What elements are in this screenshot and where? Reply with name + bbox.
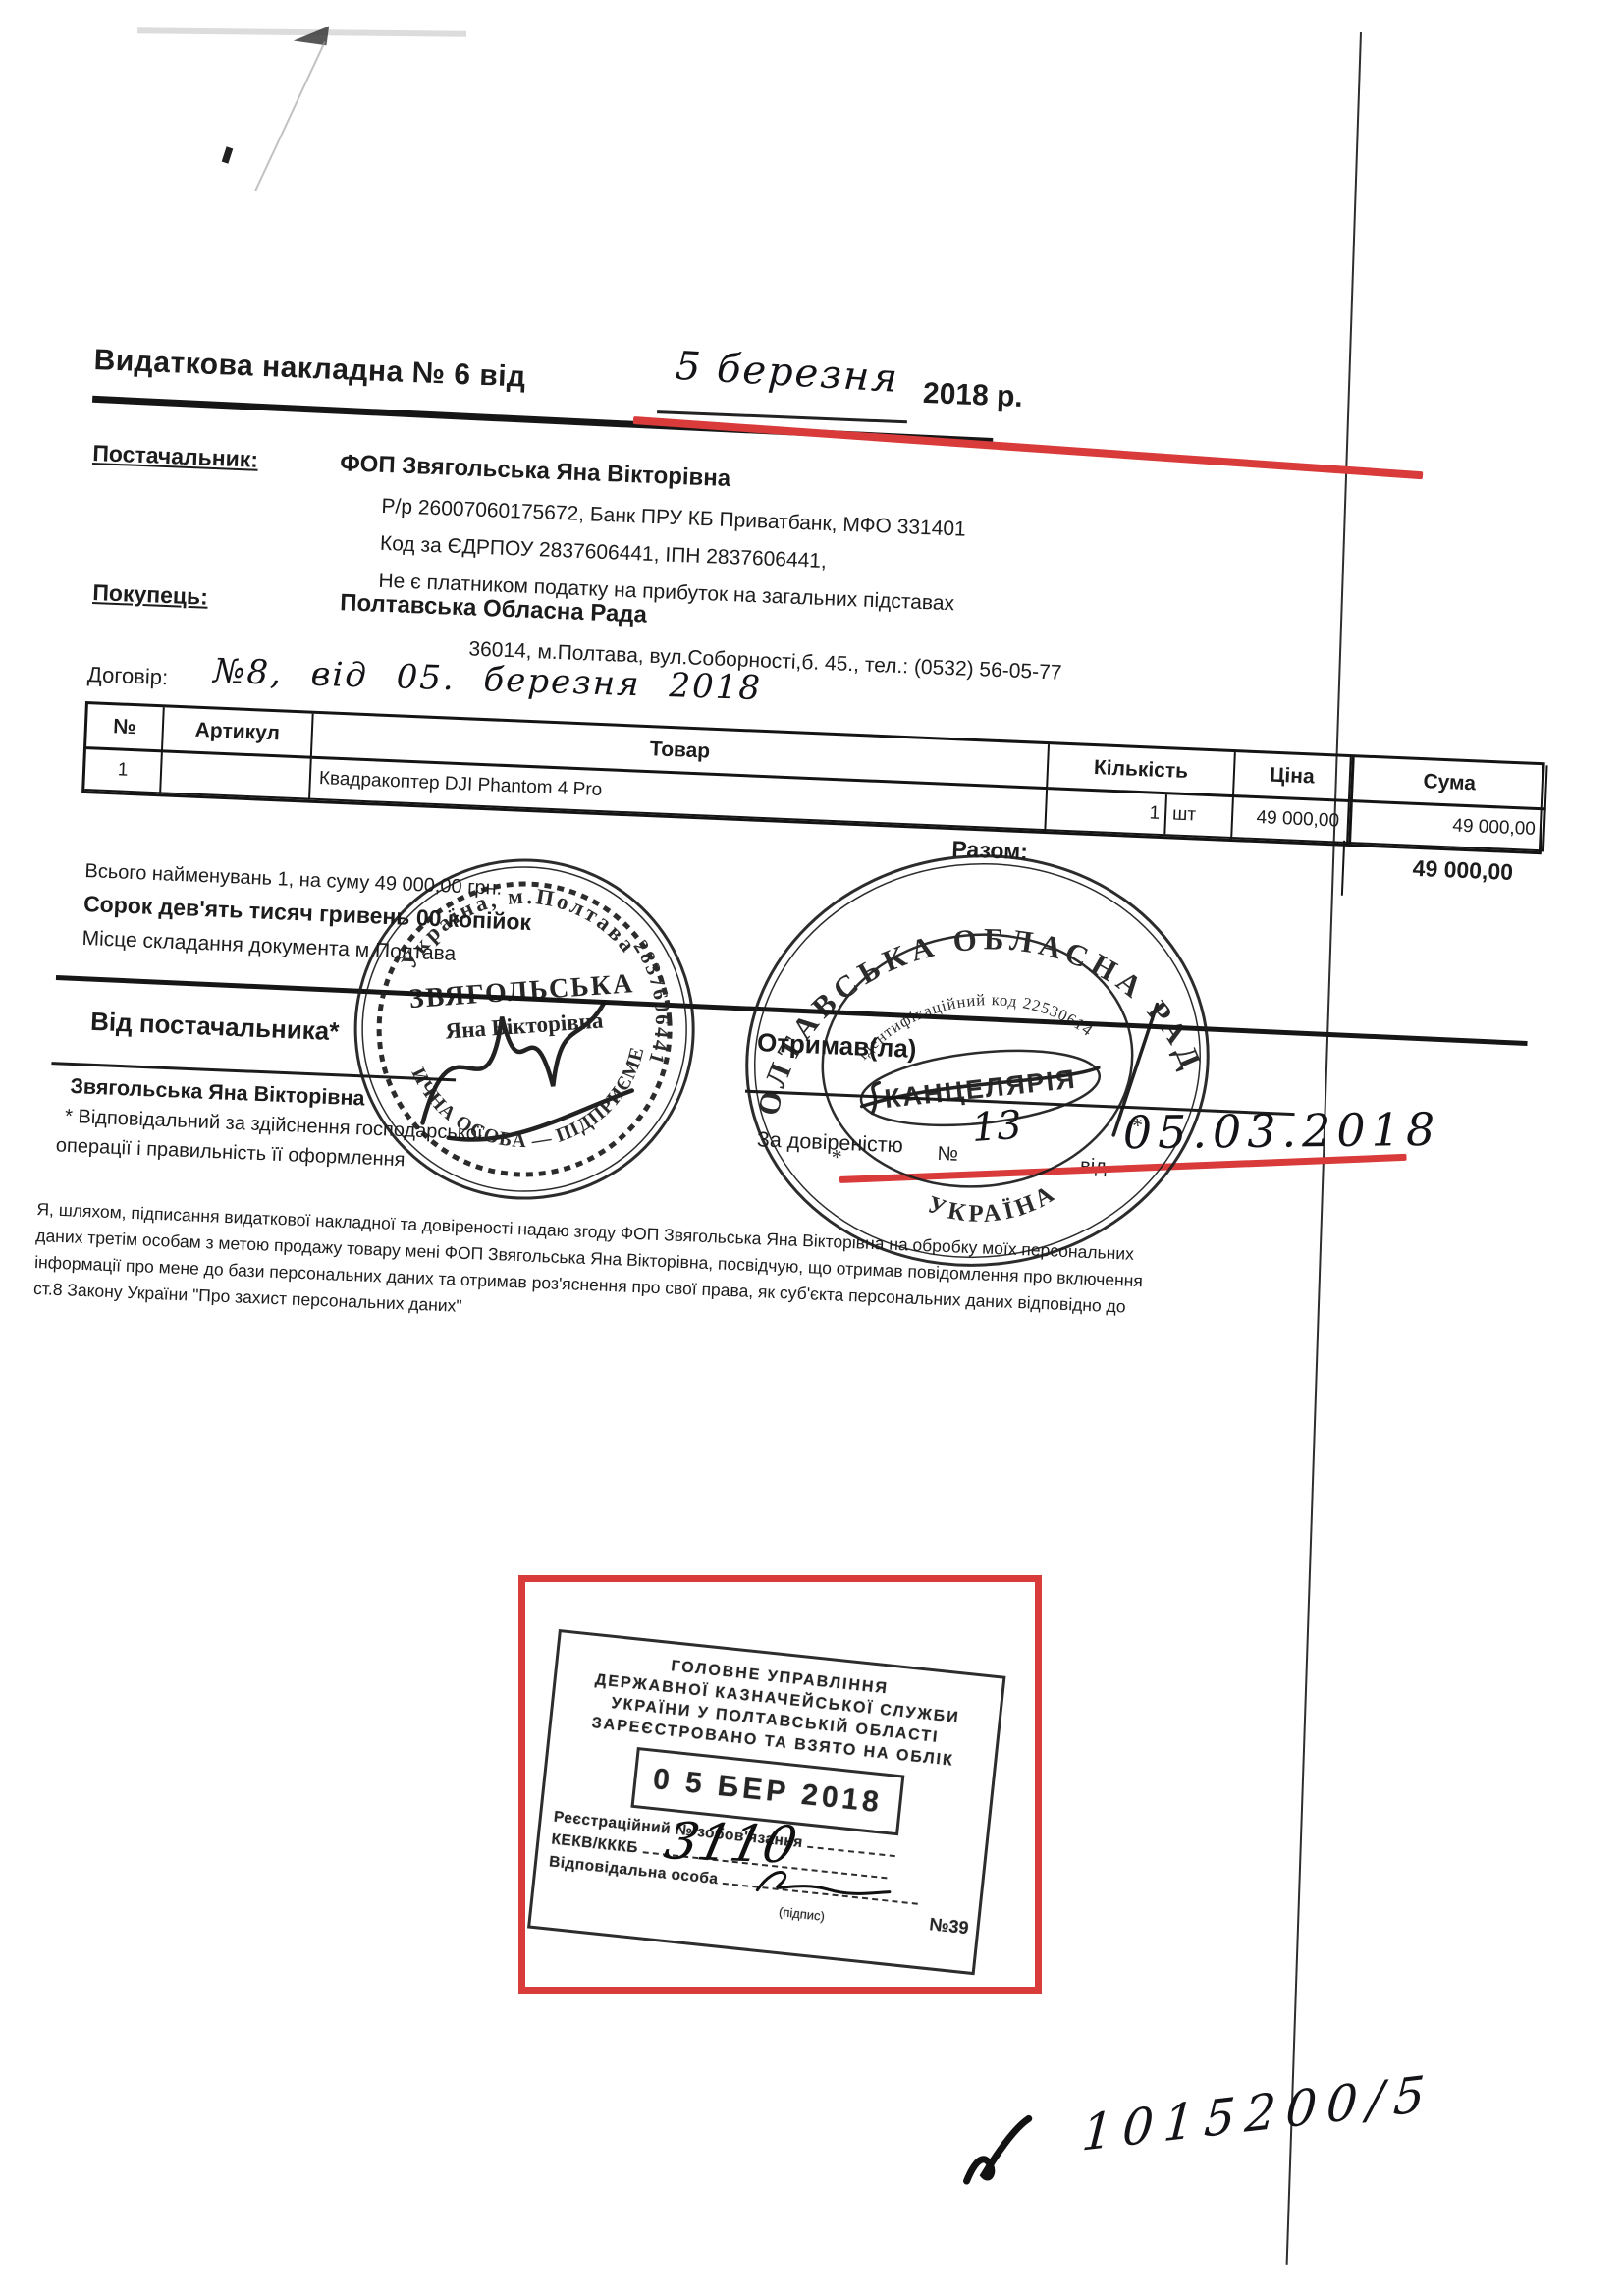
from-supplier-label: Від постачальника* bbox=[90, 1007, 340, 1048]
scan-artifact-diagonal bbox=[254, 41, 326, 191]
council-stamp-graphic: ПОЛТАВСЬКА ОБЛАСНА РАДА ідентифікаційний… bbox=[711, 820, 1245, 1306]
col-header-sum: Сума bbox=[1350, 757, 1548, 810]
treasury-date: 0 5 БЕР 2018 bbox=[651, 1763, 884, 1820]
handwritten-numero-mark bbox=[952, 2108, 1079, 2210]
document-title-year: 2018 р. bbox=[922, 377, 1023, 414]
council-stamp-id-arc: ідентифікаційний код 22530614 bbox=[848, 978, 1099, 1065]
handwritten-bottom-number: 1015200/5 bbox=[950, 2056, 1432, 2227]
col-header-no: № bbox=[86, 704, 165, 752]
supplier-stamp-given-name: Яна Вікторівна bbox=[445, 1008, 605, 1043]
handwritten-number-value: 1015200/5 bbox=[1080, 2064, 1436, 2162]
red-annotation-box: ГОЛОВНЕ УПРАВЛІННЯ ДЕРЖАВНОЇ КАЗНАЧЕЙСЬК… bbox=[518, 1575, 1042, 1994]
council-stamp-star-right: * bbox=[1131, 1113, 1145, 1138]
scan-artifact-tick bbox=[222, 146, 234, 163]
document-title: Видаткова накладна № 6 від bbox=[93, 344, 526, 395]
cell-no: 1 bbox=[84, 749, 163, 793]
total-value: 49 000,00 bbox=[1336, 852, 1514, 887]
council-oval-stamp: ПОЛТАВСЬКА ОБЛАСНА РАДА ідентифікаційний… bbox=[711, 820, 1245, 1311]
cell-article bbox=[161, 752, 312, 799]
supplier-name: ФОП Звягольська Яна Вікторівна bbox=[340, 450, 731, 493]
items-table: № Артикул Товар Кількість Ціна Сума 1 Кв… bbox=[81, 701, 1545, 854]
supplier-round-stamp: Україна, м.Полтава * ФІЗИЧНА ОСОБА — ПІД… bbox=[336, 841, 715, 1242]
supplier-codes-line: Код за ЄДРПОУ 2837606441, ІПН 2837606441… bbox=[380, 532, 828, 574]
document-title-block: Видаткова накладна № 6 від 5 березня 201… bbox=[91, 334, 1430, 476]
supplier-signatory-name: Звягольська Яна Вікторівна bbox=[70, 1074, 365, 1112]
col-header-price: Ціна bbox=[1234, 752, 1352, 802]
scanned-invoice-document: Видаткова накладна № 6 від 5 березня 201… bbox=[0, 0, 1623, 2296]
cell-price: 49 000,00 bbox=[1232, 797, 1350, 844]
treasury-stamp-number: №39 bbox=[928, 1914, 969, 1939]
supplier-stamp-graphic: Україна, м.Полтава * ФІЗИЧНА ОСОБА — ПІД… bbox=[336, 841, 715, 1237]
treasury-stamp: ГОЛОВНЕ УПРАВЛІННЯ ДЕРЖАВНОЇ КАЗНАЧЕЙСЬК… bbox=[527, 1629, 1005, 1975]
svg-text:ідентифікаційний код 22530614: ідентифікаційний код 22530614 bbox=[848, 978, 1099, 1065]
col-header-article: Артикул bbox=[163, 707, 314, 758]
cell-sum: 49 000,00 bbox=[1348, 802, 1546, 851]
buyer-label: Покупець: bbox=[92, 579, 209, 611]
contract-label: Договір: bbox=[87, 662, 169, 690]
handwritten-date: 5 березня bbox=[675, 344, 900, 402]
council-stamp-star-left: * bbox=[831, 1144, 844, 1170]
col-header-qty: Кількість bbox=[1048, 744, 1236, 797]
treasury-reg-blank bbox=[807, 1832, 896, 1857]
council-stamp-chancellery: КАНЦЕЛЯРІЯ bbox=[883, 1065, 1078, 1114]
qty-value: 1 bbox=[1047, 798, 1165, 825]
supplier-label: Постачальник: bbox=[92, 440, 259, 473]
